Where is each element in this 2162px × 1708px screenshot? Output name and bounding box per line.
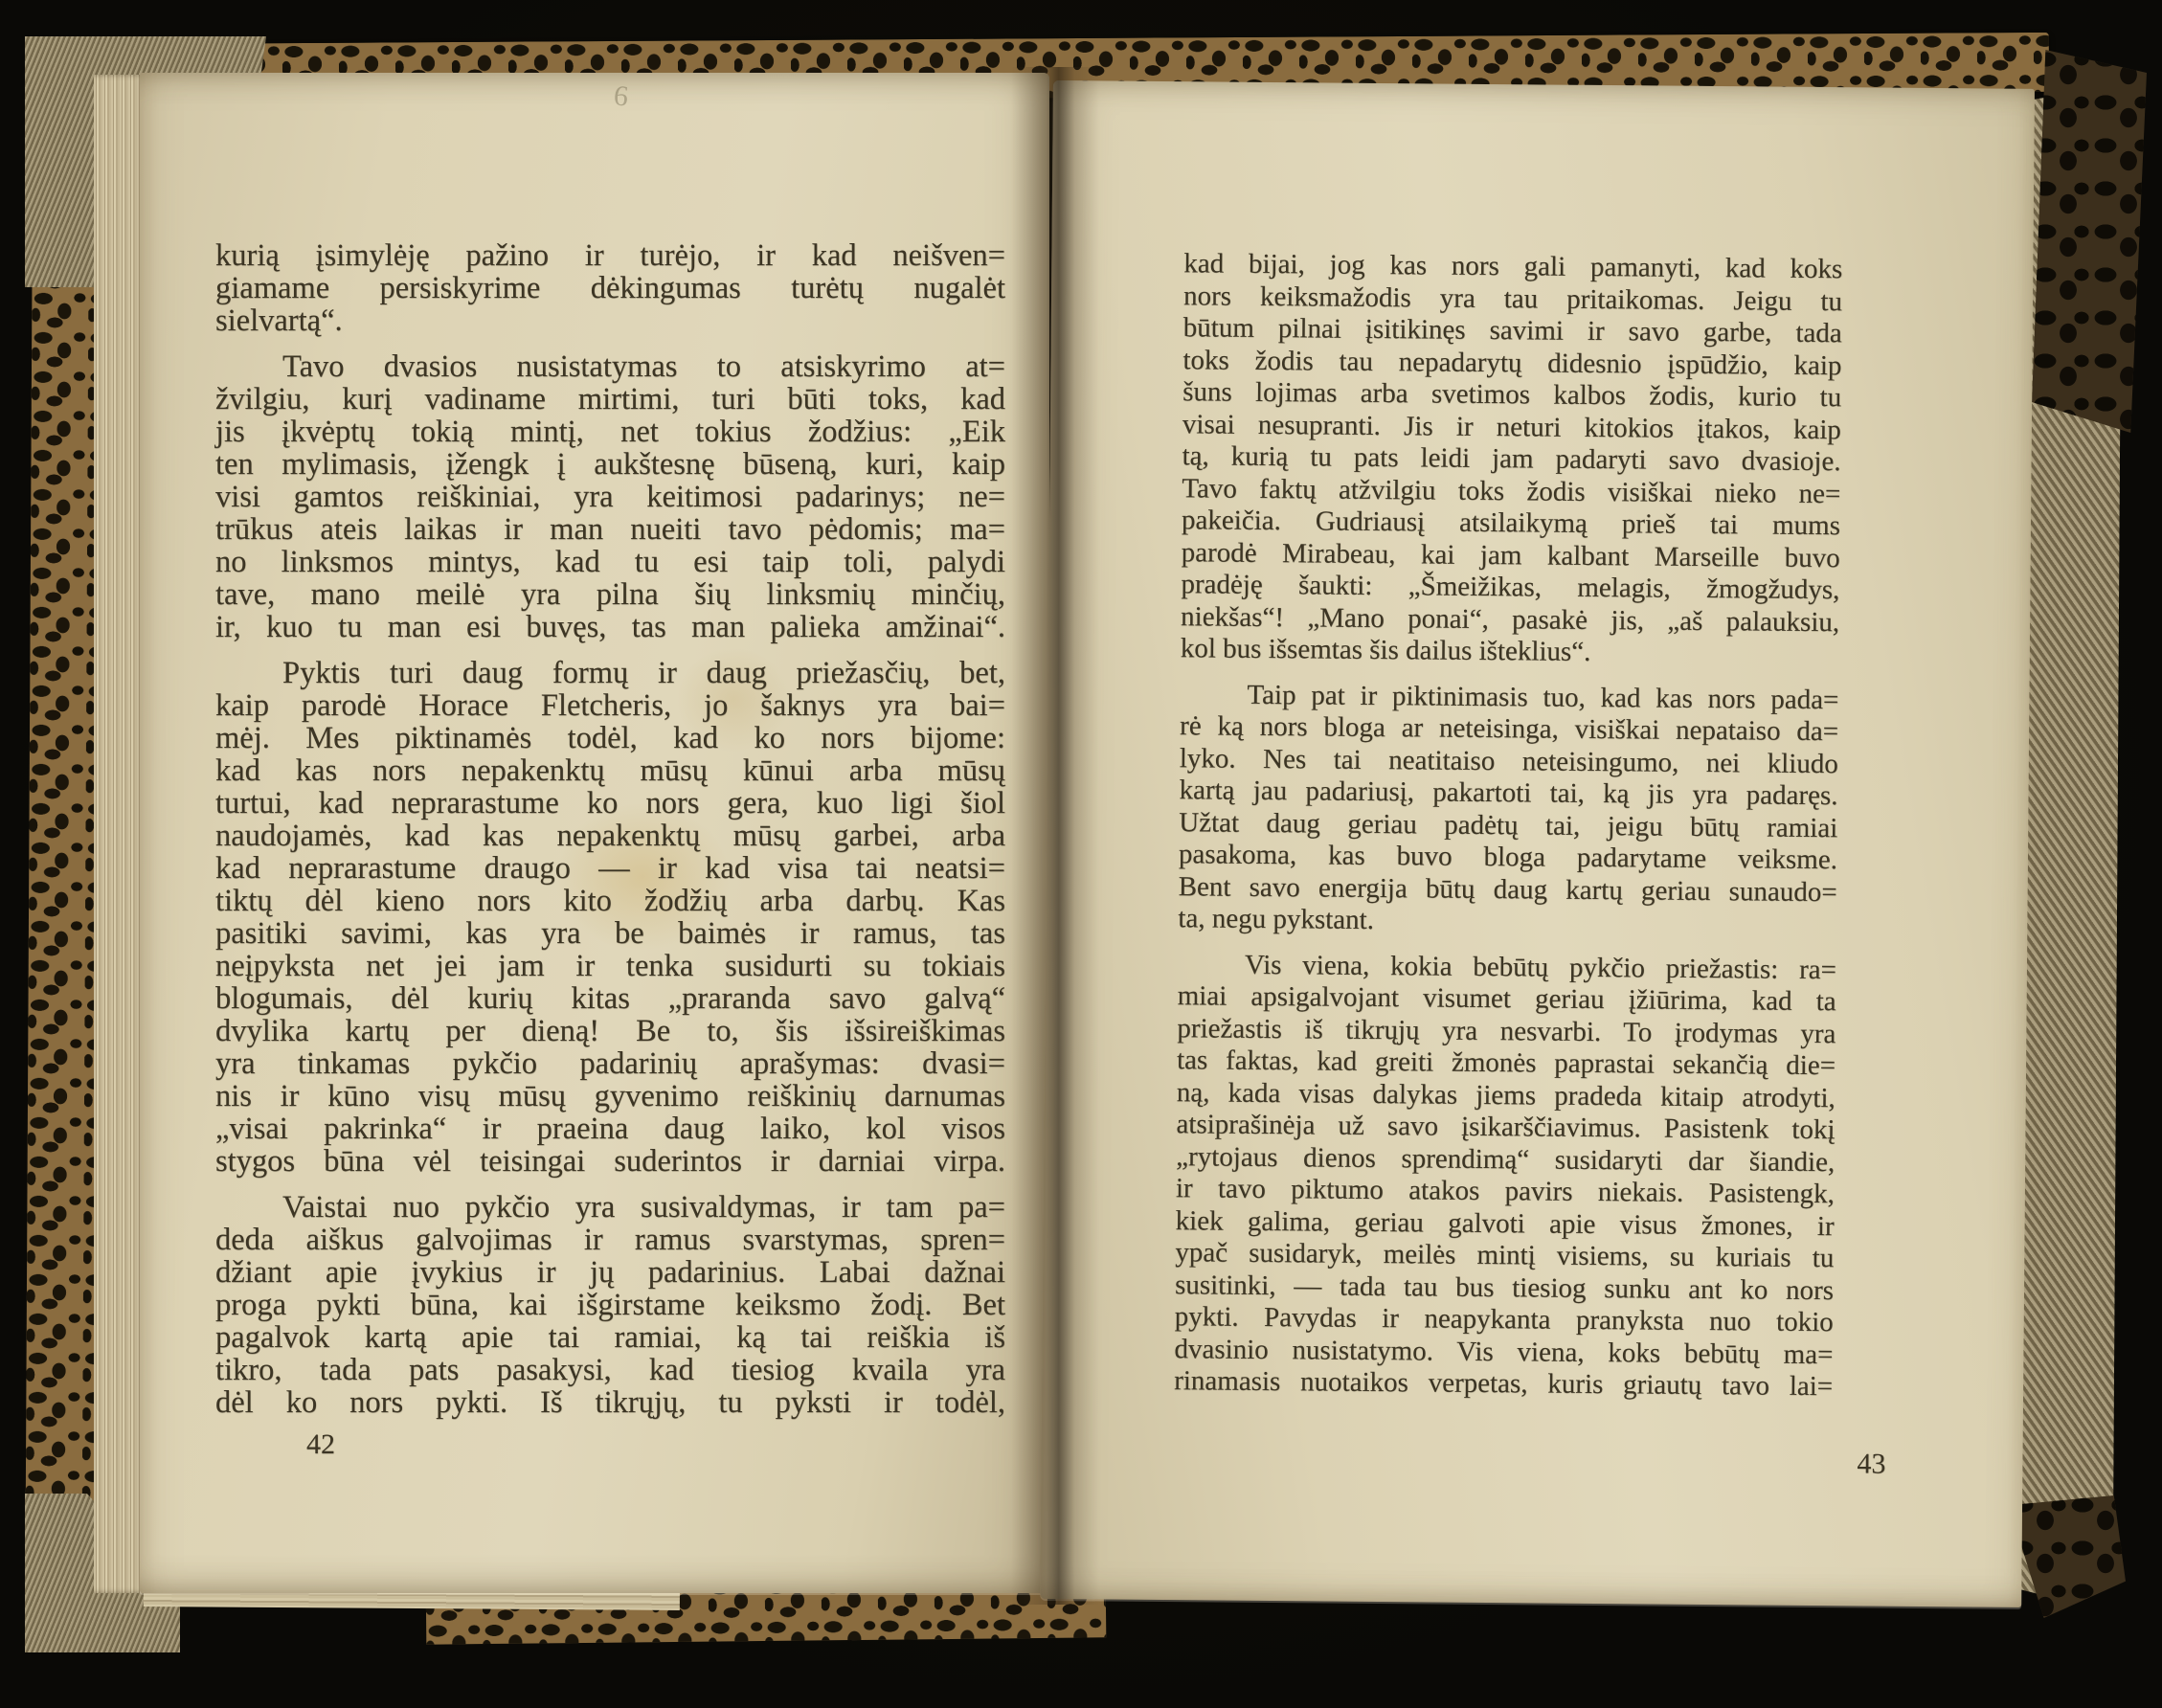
text-line: neįpyksta net jei jam ir tenka susidurti…: [215, 950, 1005, 982]
text-line: tiktų dėl kieno nors kito žodžių arba da…: [215, 885, 1005, 917]
text-line: Vaistai nuo pykčio yra susivaldymas, ir …: [215, 1191, 1005, 1224]
text-line: mėj. Mes piktinamės todėl, kad ko nors b…: [215, 722, 1005, 754]
text-line: kad bijai, jog kas nors gali pamanyti, k…: [1183, 248, 1842, 286]
paragraph: Tavo dvasios nusistatymas to atsiskyrimo…: [215, 350, 1005, 643]
text-line: pykti. Pavydas ir neapykanta pranyksta n…: [1175, 1301, 1834, 1339]
paragraph: Vis viena, kokia bebūtų pykčio priežasti…: [1174, 949, 1836, 1404]
text-line: proga pykti būna, kai išgirstame keiksmo…: [215, 1289, 1005, 1321]
text-line: džiant apie įvykius ir jų padarinius. La…: [215, 1256, 1005, 1289]
text-line: ir tavo piktumo atakos pavirs niekais. P…: [1176, 1173, 1835, 1211]
text-line: būtum pilnai įsitikinęs savimi ir savo g…: [1183, 312, 1842, 350]
paragraph: Vaistai nuo pykčio yra susivaldymas, ir …: [215, 1191, 1005, 1419]
text-line: deda aiškus galvojimas ir ramus svarstym…: [215, 1224, 1005, 1256]
text-line: turtui, kad neprarastume ko nors gera, k…: [215, 787, 1005, 820]
text-line: tą, kurią tu pats leidi jam padaryti sav…: [1182, 440, 1840, 479]
text-line: sielvartą“.: [215, 304, 1005, 337]
text-line: pakeičia. Gudriausį atsilaikymą prieš ta…: [1182, 505, 1840, 543]
marbled-cover-left-edge: [25, 251, 102, 1582]
text-line: atsiprašinėja už savo įsikarščiavimus. P…: [1176, 1109, 1835, 1147]
text-line: stygos būna vėl teisingai suderintos ir …: [215, 1145, 1005, 1178]
text-line: ta, negu pykstant.: [1178, 903, 1836, 941]
paragraph: kurią įsimylėję pažino ir turėjo, ir kad…: [215, 239, 1005, 337]
text-line: ypač susidaryk, meilės mintį visiems, su…: [1175, 1237, 1834, 1275]
text-line: kaip parodė Horace Fletcheris, jo šaknys…: [215, 689, 1005, 722]
book-photo: 6 kurią įsimylėję pažino ir turėjo, ir k…: [0, 0, 2162, 1708]
paragraph: Taip pat ir piktinimasis tuo, kad kas no…: [1178, 679, 1838, 941]
text-line: nis ir kūno visų mūsų gyvenimo reiškinių…: [215, 1080, 1005, 1112]
text-line: blogumais, dėl kurių kitas „praranda sav…: [215, 982, 1005, 1015]
text-line: Pyktis turi daug formų ir daug priežasči…: [215, 657, 1005, 689]
text-line: pagalvok kartą apie tai ramiai, ką tai r…: [215, 1321, 1005, 1354]
text-line: kartą jau padariusį, pakartoti tai, ką j…: [1179, 775, 1837, 813]
text-line: naudojamės, kad kas nepakenktų mūsų garb…: [215, 820, 1005, 852]
text-line: žvilgiu, kurį vadiname mirtimi, turi būt…: [215, 383, 1005, 416]
text-line: pasitiki savimi, kas yra be baimės ir ra…: [215, 917, 1005, 950]
paragraph: kad bijai, jog kas nors gali pamanyti, k…: [1181, 248, 1843, 670]
text-line: no linksmos mintys, kad tu esi taip toli…: [215, 546, 1005, 578]
text-line: rinamasis nuotaikos verpetas, kuris gria…: [1174, 1365, 1833, 1404]
cover-corner-top-right: [2032, 50, 2147, 433]
book-page-right: kad bijai, jog kas nors gali pamanyti, k…: [1040, 80, 2035, 1607]
page-43-text: kad bijai, jog kas nors gali pamanyti, k…: [1174, 248, 1842, 1403]
text-line: kol bus išsemtas šis dailus išteklius“.: [1181, 633, 1839, 671]
text-line: rė ką nors bloga ar neteisinga, visiškai…: [1180, 710, 1838, 749]
page-43-number: 43: [1857, 1448, 1885, 1480]
paragraph: Pyktis turi daug formų ir daug priežasči…: [215, 657, 1005, 1178]
text-line: dėl ko nors pykti. Iš tikrųjų, tu pyksti…: [215, 1386, 1005, 1419]
faint-pencil-mark: 6: [612, 79, 629, 113]
text-line: jis įkvėptų tokią mintį, net tokius žodž…: [215, 416, 1005, 448]
text-line: „visai pakrinka“ ir praeina daug laiko, …: [215, 1112, 1005, 1145]
text-line: Tavo dvasios nusistatymas to atsiskyrimo…: [215, 350, 1005, 383]
text-line: kad kas nors nepakenktų mūsų kūnui arba …: [215, 754, 1005, 787]
text-line: giamame persiskyrime dėkingumas turėtų n…: [215, 272, 1005, 304]
page-42-text: kurią įsimylėję pažino ir turėjo, ir kad…: [215, 239, 1005, 1419]
page-42-number: 42: [306, 1428, 335, 1461]
cover-corner-bottom-right: [2009, 1495, 2126, 1618]
text-line: yra tinkamas pykčio padarinių aprašymas:…: [215, 1047, 1005, 1080]
text-line: trūkus ateis laikas ir man nueiti tavo p…: [215, 513, 1005, 546]
text-line: ir, kuo tu man esi buvęs, tas man paliek…: [215, 611, 1005, 643]
text-line: tas faktas, kad greiti žmonės paprastai …: [1177, 1045, 1835, 1083]
text-line: šuns lojimas arba svetimos kalbos žodis,…: [1182, 376, 1841, 415]
text-line: miai apsigalvojant visumet geriau įžiūri…: [1178, 980, 1836, 1019]
text-line: visi gamtos reiškiniai, yra keitimosi pa…: [215, 481, 1005, 513]
text-line: pradėję šaukti: „Šmeižikas, melagis, žmo…: [1181, 569, 1839, 607]
text-line: pasakoma, kas buvo bloga padarytame veik…: [1179, 839, 1837, 877]
book-page-left: 6 kurią įsimylėję pažino ir turėjo, ir k…: [140, 73, 1049, 1593]
text-line: tave, mano meilė yra pilna šių linksmių …: [215, 578, 1005, 611]
text-line: tikro, tada pats pasakysi, kad tiesiog k…: [215, 1354, 1005, 1386]
text-line: ten mylimasis, įžengk į aukštesnę būseną…: [215, 448, 1005, 481]
text-line: kurią įsimylėję pažino ir turėjo, ir kad…: [215, 239, 1005, 272]
text-line: kad neprarastume draugo — ir kad visa ta…: [215, 852, 1005, 885]
text-line: dvylika kartų per dieną! Be to, šis išsi…: [215, 1015, 1005, 1047]
page-stack-left-fore-edge: [94, 75, 146, 1593]
